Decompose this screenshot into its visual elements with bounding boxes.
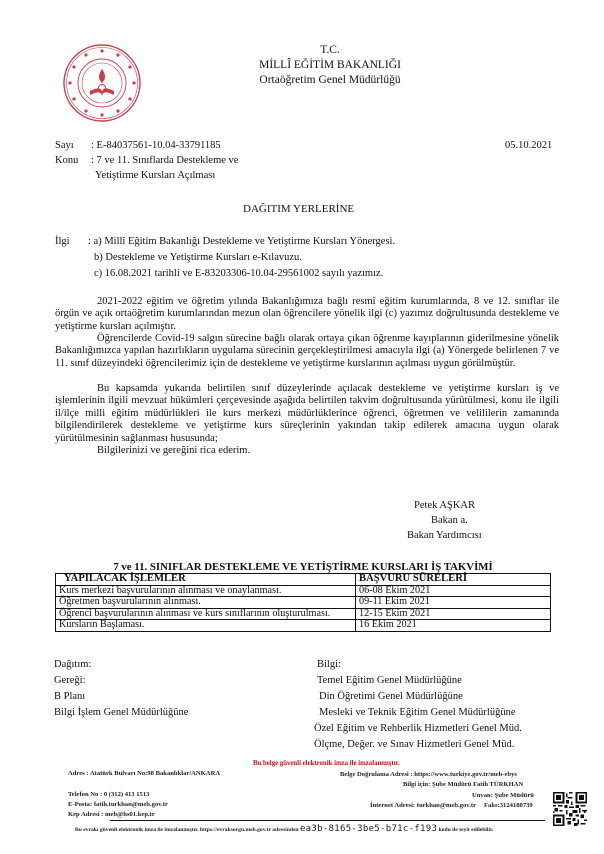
sayi-label: Sayı	[55, 140, 74, 152]
table-row: Kurs merkezi başvurularının alınması ve …	[56, 585, 551, 597]
ilgi-item-b: b) Destekleme ve Yetiştirme Kursları e-K…	[94, 252, 302, 264]
info-item: Özel Eğitim ve Rehberlik Hizmetleri Gene…	[314, 723, 522, 735]
signer-name: Petek AŞKAR	[414, 500, 475, 512]
distribution-bilgi-islem: Bilgi İşlem Genel Müdürlüğüne	[54, 707, 188, 719]
konu-line1: : 7 ve 11. Sınıflarda Destekleme ve	[91, 155, 238, 167]
period-cell: 09-11 Ekim 2021	[356, 597, 551, 609]
ministry-name: MİLLÎ EĞİTİM BAKANLIĞI	[200, 58, 460, 72]
ilgi-item-c: c) 16.08.2021 tarihli ve E-83203306-10.0…	[94, 268, 383, 280]
footer-verify-address: Belge Doğrulama Adresi : https://www.tur…	[340, 770, 517, 779]
task-cell: Kursların Başlaması.	[56, 620, 356, 632]
table-row: Öğrenci başvurularının alınması ve kurs …	[56, 608, 551, 620]
task-cell: Öğrenci başvurularının alınması ve kurs …	[56, 608, 356, 620]
konu-line2: Yetiştirme Kursları Açılması	[95, 170, 215, 182]
period-cell: 16 Ekim 2021	[356, 620, 551, 632]
footer-internet: İnternet Adresi: turkhan@meb.gov.tr	[370, 801, 476, 810]
header-tc: T.C.	[200, 43, 460, 57]
task-cell: Kurs merkezi başvurularının alınması ve …	[56, 585, 356, 597]
footer-position: Unvan: Şube Müdürü	[472, 791, 534, 800]
footer-address: Adres : Atatürk Bulvarı No:98 Bakanlıkla…	[68, 769, 220, 778]
distribution-label: Dağıtım:	[54, 659, 91, 671]
table-row: Kursların Başlaması. 16 Ekim 2021	[56, 620, 551, 632]
directorate-name: Ortaöğretim Genel Müdürlüğü	[200, 73, 460, 87]
table-row: Öğretmen başvurularının alınması. 09-11 …	[56, 597, 551, 609]
info-label: Bilgi:	[317, 659, 341, 671]
paragraph-4: Bilgilerinizi ve gereğini rica ederim.	[55, 445, 559, 457]
header-cell-tasks: YAPILACAK İŞLEMLER	[56, 574, 356, 586]
period-cell: 12-15 Ekim 2021	[356, 608, 551, 620]
header-cell-periods: BAŞVURU SÜRELERİ	[356, 574, 551, 586]
signer-title: Bakan Yardımcısı	[407, 530, 482, 542]
ilgi-label: İlgi	[55, 236, 70, 248]
distribution-b-plani: B Planı	[54, 691, 85, 703]
period-cell: 06-08 Ekim 2021	[356, 585, 551, 597]
verification-code: ea3b-8165-3be5-b71c-f193	[300, 824, 437, 834]
schedule-title: 7 ve 11. SINIFLAR DESTEKLEME VE YETİŞTİR…	[55, 561, 551, 573]
task-cell: Öğretmen başvurularının alınması.	[56, 597, 356, 609]
schedule-table: YAPILACAK İŞLEMLER BAŞVURU SÜRELERİ Kurs…	[55, 573, 551, 632]
info-item: Temel Eğitim Genel Müdürlüğüne	[317, 675, 462, 687]
footer-phone: Telefon No : 0 (312) 413 1513	[68, 790, 149, 799]
footer-info-contact: Bilgi için: Şube Müdürü Fatih TÜRKHAN	[403, 780, 523, 789]
info-item: Mesleki ve Teknik Eğitim Genel Müdürlüğü…	[319, 707, 516, 719]
info-item: Ölçme, Değer. ve Sınav Hizmetleri Genel …	[314, 739, 514, 751]
footer-email: E-Posta: fatih.turkhan@meb.gov.tr	[68, 800, 168, 809]
verification-line: Bu evrakı güvenli elektronik imza ile im…	[75, 825, 493, 835]
sayi-value: : E-84037561-10.04-33791185	[91, 140, 221, 152]
qr-code-icon	[553, 792, 587, 826]
konu-label: Konu	[55, 155, 78, 167]
info-item: Din Öğretimi Genel Müdürlüğüne	[319, 691, 463, 703]
ilgi-item-a: : a) Millî Eğitim Bakanlığı Destekleme v…	[88, 236, 395, 248]
paragraph-3: Bu kapsamda yukarıda belirtilen sınıf dü…	[55, 383, 559, 445]
meb-seal-icon	[62, 43, 142, 123]
document-date: 05.10.2021	[505, 140, 552, 152]
paragraph-1: 2021-2022 eğitim ve öğretim yılında Baka…	[55, 296, 559, 333]
addressee: DAĞITIM YERLERİNE	[243, 203, 354, 215]
footer-divider	[110, 820, 545, 821]
paragraph-2: Öğrencilerde Covid-19 salgın sürecine ba…	[55, 333, 559, 370]
distribution-gereği: Gereği:	[54, 675, 86, 687]
footer-fax: Faks:3124180739	[484, 801, 533, 810]
footer-kep: Kep Adresi : meb@hs01.kep.tr	[68, 810, 155, 819]
table-header-row: YAPILACAK İŞLEMLER BAŞVURU SÜRELERİ	[56, 574, 551, 586]
signer-authority: Bakan a.	[431, 515, 468, 527]
e-signature-notice: Bu belge güvenli elektronik imza ile imz…	[253, 760, 400, 767]
